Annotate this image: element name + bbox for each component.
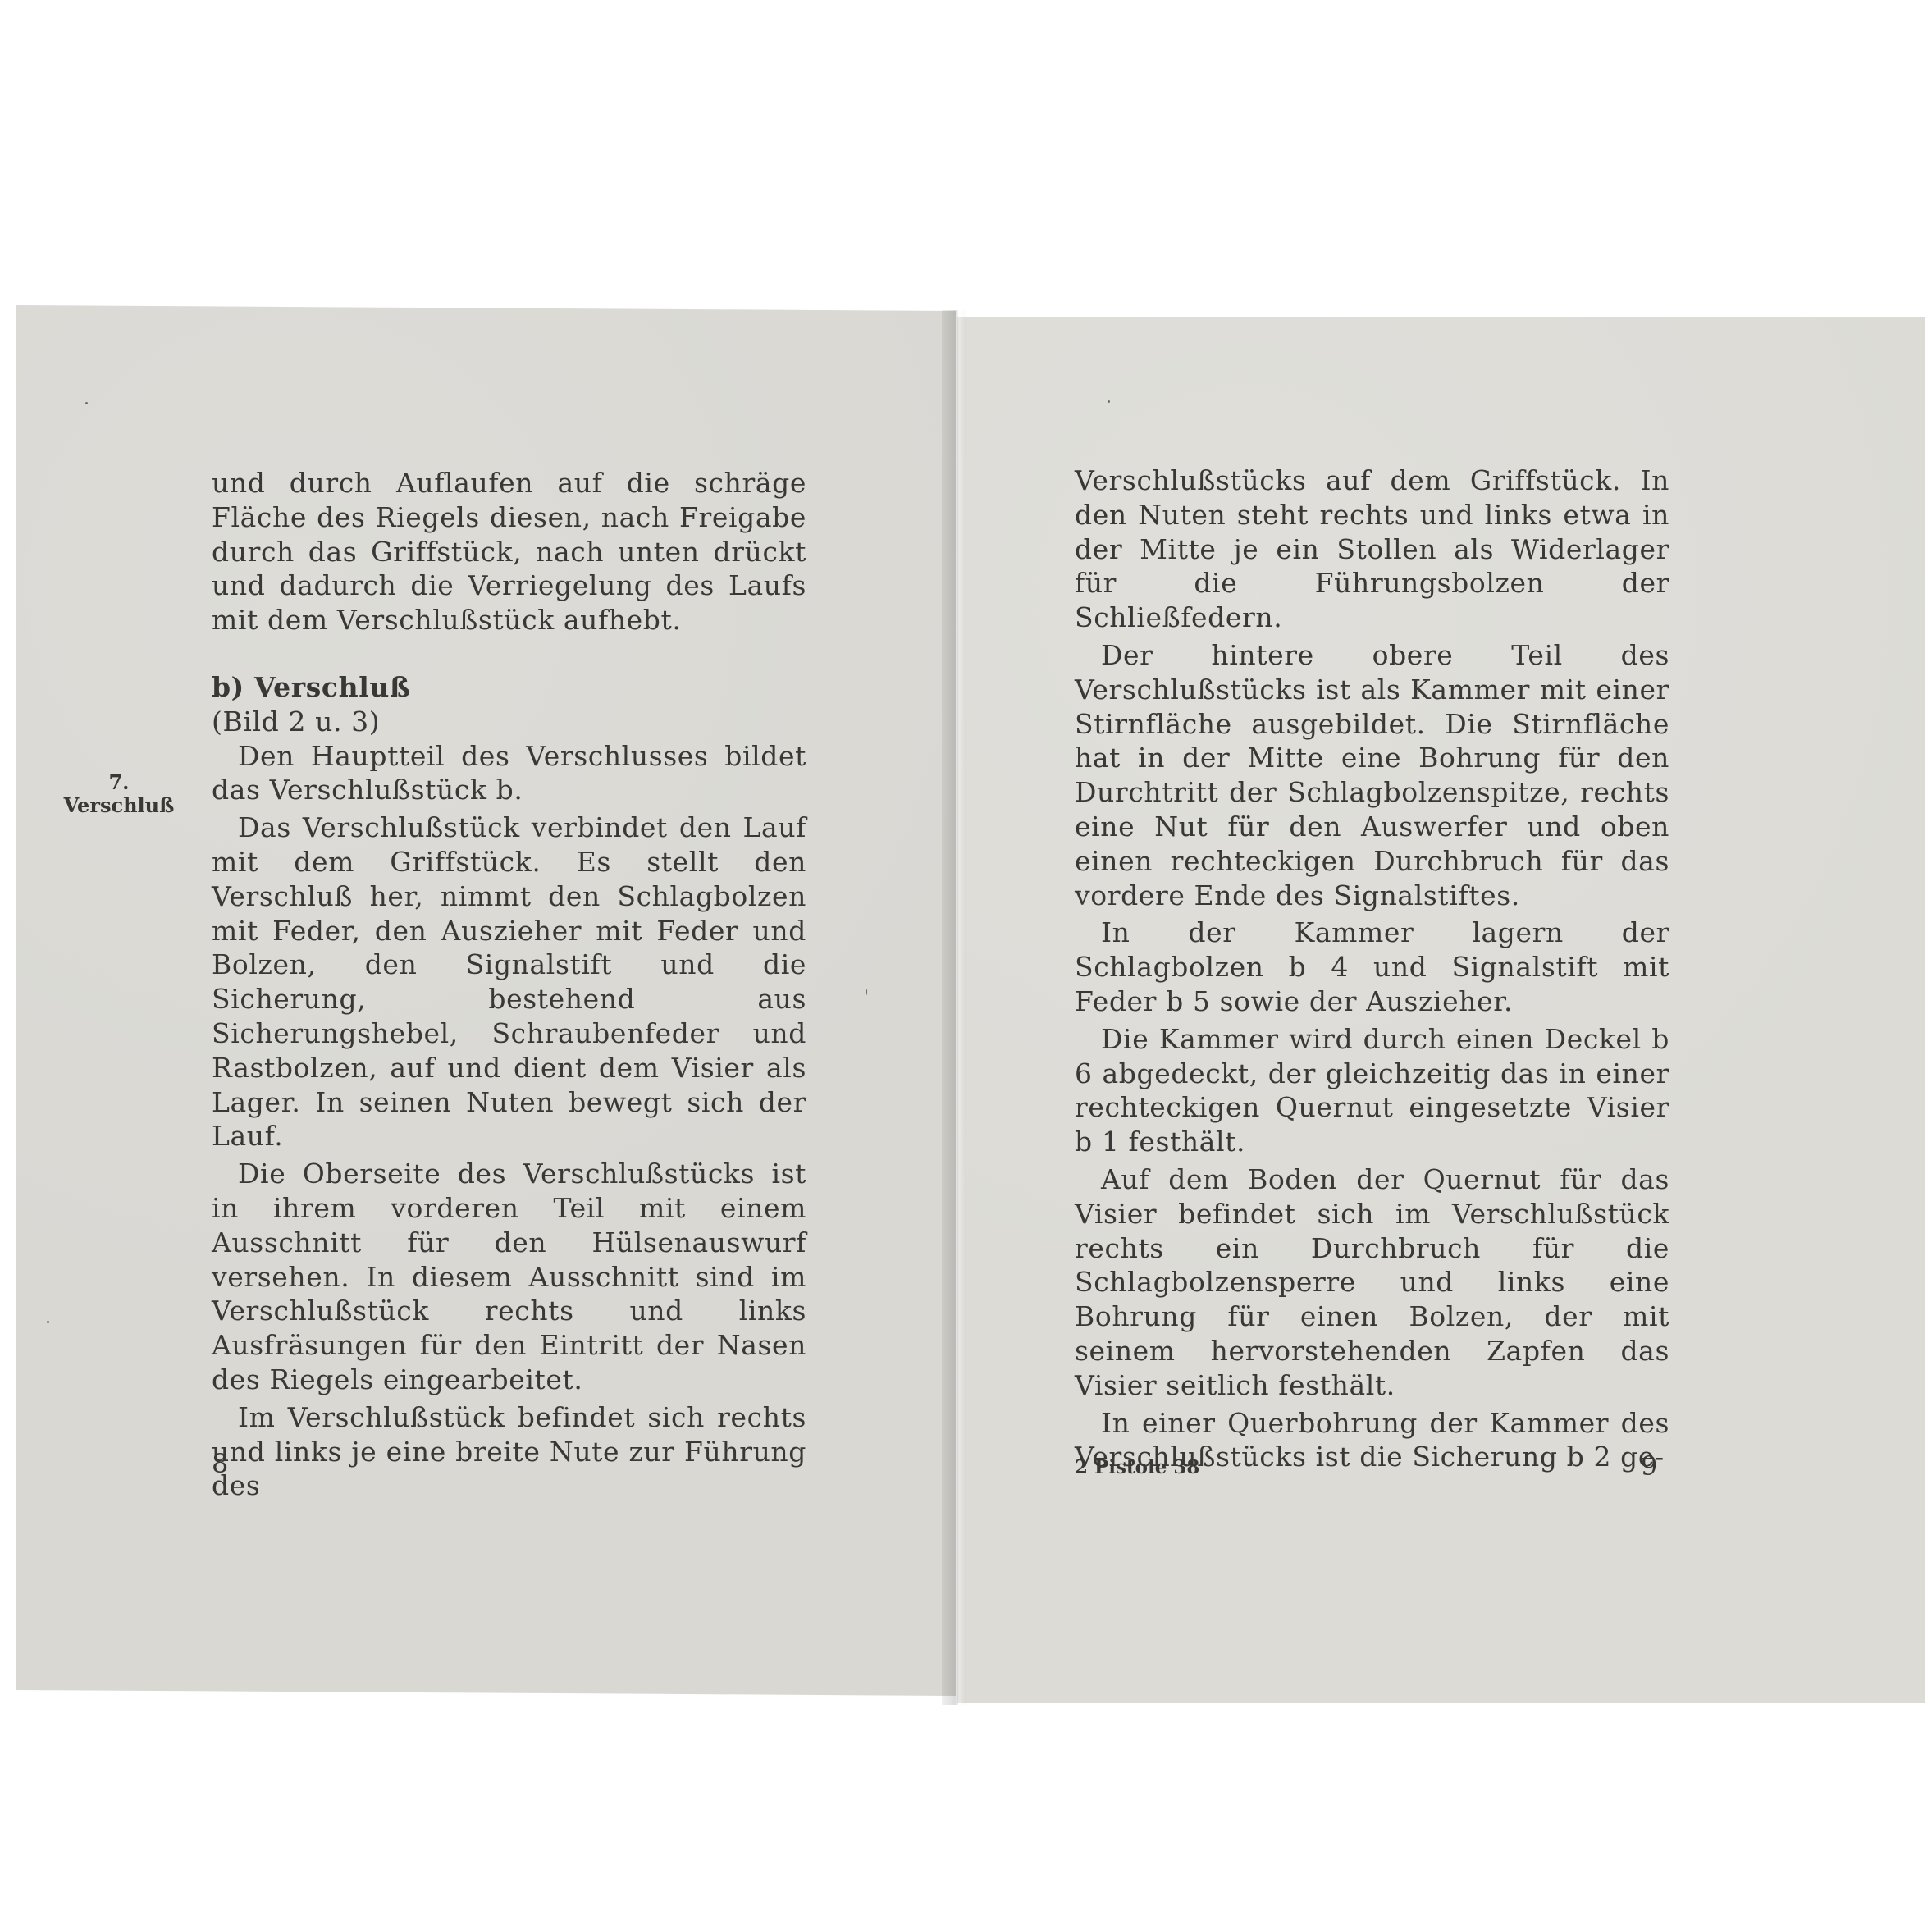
paragraph: Die Oberseite des Verschlußstücks ist in…: [212, 1157, 806, 1397]
paper-speck: [1108, 400, 1110, 403]
right-page-text: Verschlußstücks auf dem Griffstück. In d…: [1075, 464, 1669, 1474]
section-heading: b) Verschluß: [212, 670, 806, 705]
continuation-paragraph: und durch Auflaufen auf die schräge Fläc…: [212, 466, 806, 637]
margin-note-number: 7.: [57, 771, 180, 794]
margin-note-label: Verschluß: [57, 794, 180, 817]
section-subheading: (Bild 2 u. 3): [212, 705, 806, 739]
paper-speck: [47, 1321, 49, 1323]
paragraph: Auf dem Boden der Quernut für das Visier…: [1075, 1162, 1669, 1403]
paper-speck: [866, 989, 867, 995]
paragraph: Der hintere obere Teil des Verschlußstüc…: [1075, 638, 1669, 912]
paragraph: Die Kammer wird durch einen Deckel b 6 a…: [1075, 1022, 1669, 1159]
continuation-paragraph: Verschlußstücks auf dem Griffstück. In d…: [1075, 464, 1669, 635]
paragraph: In der Kammer lagern der Schlagbolzen b …: [1075, 916, 1669, 1018]
page-number-right: 9: [1641, 1450, 1657, 1482]
paragraph: Im Verschlußstück befindet sich rechts u…: [212, 1400, 806, 1503]
left-page-text: und durch Auflaufen auf die schräge Fläc…: [212, 466, 806, 1503]
page-number-left: 8: [212, 1448, 228, 1479]
paragraph: Den Hauptteil des Verschlusses bildet da…: [212, 739, 806, 808]
signature-mark: 2 Pistole 38: [1075, 1456, 1199, 1478]
margin-note: 7. Verschluß: [57, 771, 180, 817]
book-gutter: [942, 310, 966, 1705]
paragraph: Das Verschlußstück verbindet den Lauf mi…: [212, 811, 806, 1153]
paper-speck: [85, 402, 88, 404]
